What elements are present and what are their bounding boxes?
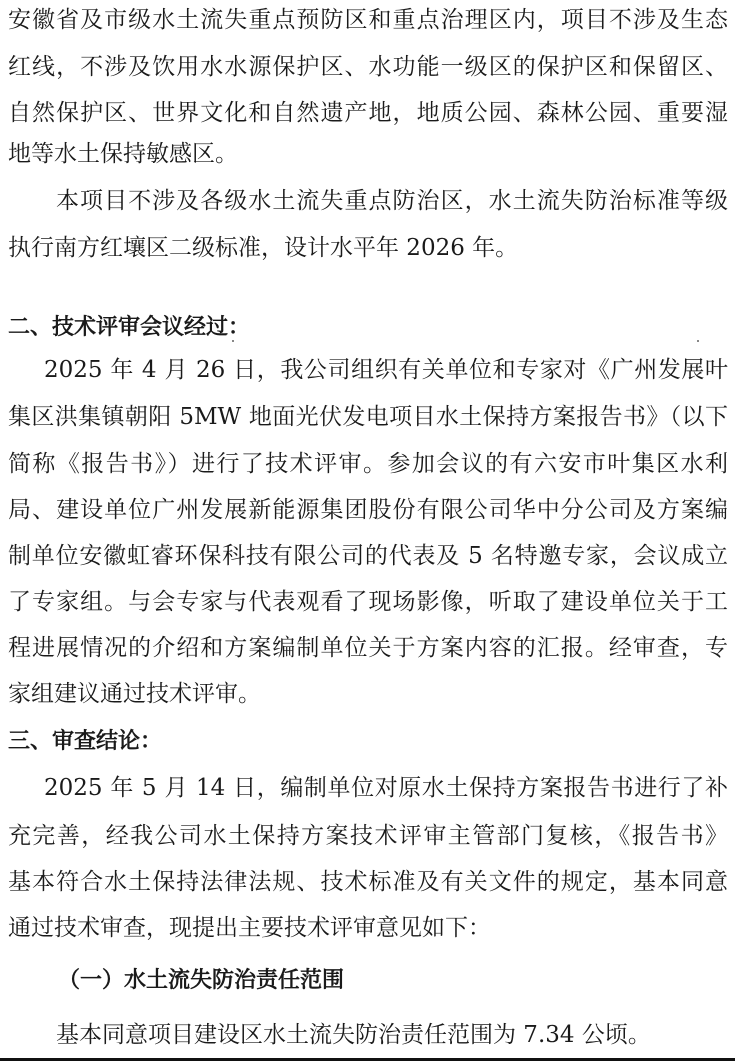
paragraph-line: 制单位安徽虹睿环保科技有限公司的代表及 5 名特邀专家，会议成立 <box>8 541 728 571</box>
page-bottom-rule <box>0 1058 735 1061</box>
paragraph-line: 集区洪集镇朝阳 5MW 地面光伏发电项目水土保持方案报告书》（以下 <box>8 402 728 432</box>
section-heading: 二、技术评审会议经过： <box>8 313 250 343</box>
paragraph-line: 自然保护区、世界文化和自然遗产地，地质公园、森林公园、重要湿 <box>8 98 728 128</box>
paragraph-line: 安徽省及市级水土流失重点预防区和重点治理区内，项目不涉及生态 <box>8 5 728 35</box>
section-heading: 三、审查结论： <box>8 727 162 757</box>
paragraph-line: 地等水土保持敏感区。 <box>8 139 728 169</box>
scan-speck <box>697 340 699 342</box>
paragraph-line: 家组建议通过技术评审。 <box>8 679 728 709</box>
paragraph-line: 程进展情况的介绍和方案编制单位关于方案内容的汇报。经审查，专 <box>8 633 728 663</box>
paragraph-line: 执行南方红壤区二级标准，设计水平年 2026 年。 <box>8 233 728 263</box>
paragraph-line: 红线，不涉及饮用水水源保护区、水功能一级区的保护区和保留区、 <box>8 52 728 82</box>
paragraph-line: 局、建设单位广州发展新能源集团股份有限公司华中分公司及方案编 <box>8 495 728 525</box>
document-page: 安徽省及市级水土流失重点预防区和重点治理区内，项目不涉及生态 红线，不涉及饮用水… <box>0 0 735 1063</box>
scan-speck <box>232 340 234 342</box>
paragraph-line: 充完善，经我公司水土保持方案技术评审主管部门复核，《报告书》 <box>8 821 728 851</box>
paragraph-line: 2025 年 4 月 26 日，我公司组织有关单位和专家对《广州发展叶 <box>44 355 728 385</box>
paragraph-line: 本项目不涉及各级水土流失重点防治区，水土流失防治标准等级 <box>56 186 728 216</box>
paragraph-line: 2025 年 5 月 14 日，编制单位对原水土保持方案报告书进行了补 <box>44 773 728 803</box>
paragraph-line: 基本符合水土保持法律法规、技术标准及有关文件的规定，基本同意 <box>8 867 728 897</box>
paragraph-line: 基本同意项目建设区水土流失防治责任范围为 7.34 公顷。 <box>56 1020 728 1050</box>
paragraph-line: 通过技术审查，现提出主要技术评审意见如下： <box>8 913 728 943</box>
paragraph-line: 简称《报告书》）进行了技术评审。参加会议的有六安市叶集区水利 <box>8 449 728 479</box>
paragraph-line: 了专家组。与会专家与代表观看了现场影像，听取了建设单位关于工 <box>8 587 728 617</box>
subsection-heading: （一）水土流失防治责任范围 <box>58 966 344 996</box>
